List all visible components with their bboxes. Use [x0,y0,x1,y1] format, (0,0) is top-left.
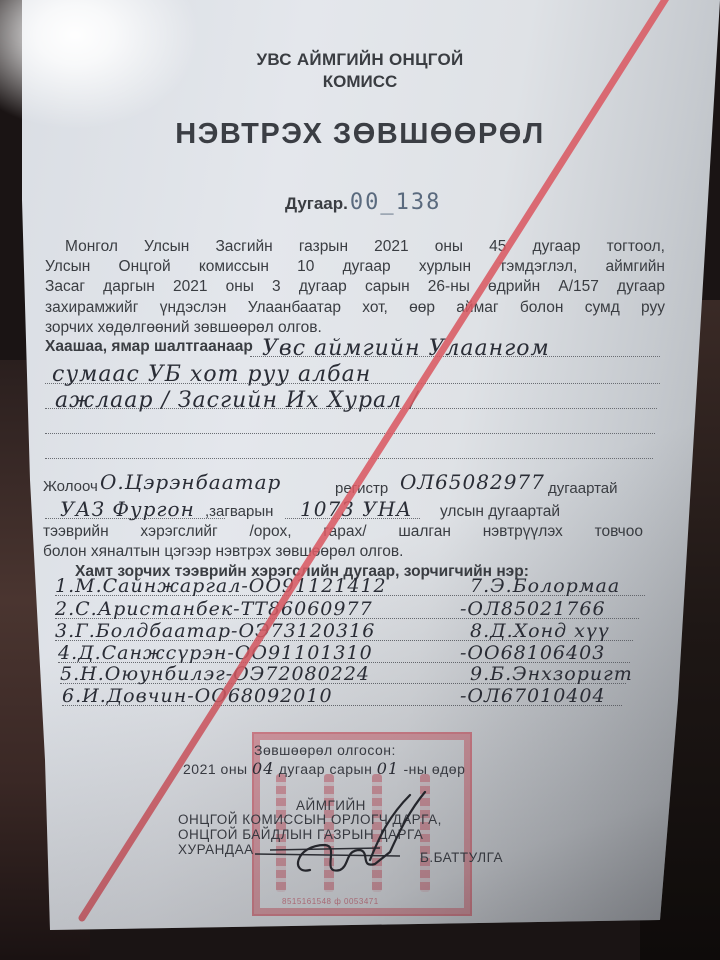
companion-right-handwritten: 9.Б.Энхзоригт [470,663,633,685]
destination-handwritten-2: сумаас УБ хот руу албан [52,362,371,387]
date-day-label: -ны өдөр [404,761,466,777]
plate-suffix: улсын дугаартай [440,503,560,521]
document-title: НЭВТРЭХ ЗӨВШӨӨРӨЛ [0,118,720,151]
date-prefix: 2021 оны [183,761,248,777]
companion-right-handwritten: -ОЛ67010404 [460,685,606,707]
driver-label: Жолооч [43,478,98,495]
vehicle-make-handwritten: УАЗ Фургон [60,497,195,521]
companion-left-handwritten: 1.М.Сайнжаргал-ОО91121412 [55,575,387,597]
companion-right-handwritten: 8.Д.Хонд хүү [470,620,610,642]
destination-handwritten-3: ажлаар / Засгийн Их Хурал / [55,388,419,413]
register-label: регистр [335,480,388,497]
intro-line-2: Улсын Онцгой комиссын 10 дугаар хурлын т… [45,257,665,278]
driver-name-handwritten: О.Цэрэнбаатар [100,470,281,494]
destination-label: Хаашаа, ямар шалтгаанаар [45,338,253,356]
date-month-handwritten: 04 [252,759,274,778]
org-name-line2: КОМИСС [0,72,720,92]
destination-handwritten-1: Увс аймгийн Улаангом [262,336,550,361]
plate-handwritten: 1073 УНА [300,497,412,521]
companion-left-handwritten: 6.И.Довчин-ОО68092010 [62,685,333,707]
dotted-line [45,458,653,459]
dotted-line [45,433,655,434]
intro-line-3: Засаг даргын 2021 оны 3 дугаар сарын 26-… [45,277,665,298]
companion-left-handwritten: 2.С.Аристанбек-ТТ86060977 [55,598,373,620]
numbered-suffix: дугаартай [548,480,618,497]
date-line: 2021 оны 04 дугаар сарын 01 -ны өдөр [183,760,465,778]
intro-line-1: Монгол Улсын Засгийн газрын 2021 оны 45 … [65,237,665,258]
companion-right-handwritten: 7.Э.Болормаа [470,575,620,597]
signature-mark [250,790,450,880]
companion-left-handwritten: 3.Г.Болдбаатар-ОЭ73120316 [55,620,375,642]
signatory-line-4: ХУРАНДАА [178,841,254,858]
date-day-handwritten: 01 [377,759,399,778]
companion-right-handwritten: -ОО68106403 [460,642,605,664]
permit-number: Дугаар.00_138 [285,190,441,215]
permit-serial-number: 00_138 [350,190,441,215]
permission-granted-label: Зөвшөөрөл олгосон: [254,742,396,759]
stamp-number: 8515161548 ф 0053471 [282,897,379,906]
intro-line-4: захирамжийг үндэслэн Улаанбаатар хот, өө… [45,298,665,319]
vehicle-text-line-2: болон хяналтын цэгээр нэвтрэх зөвшөөрөл … [43,542,643,563]
org-name-line1: УВС АЙМГИЙН ОНЦГОЙ [0,50,720,70]
permit-number-label: Дугаар. [285,194,348,213]
model-label: ,загварын [205,503,273,520]
date-month-label: дугаар сарын [279,761,373,777]
companion-right-handwritten: -ОЛ85021766 [460,598,606,620]
register-handwritten: ОЛ65082977 [400,470,545,494]
companion-left-handwritten: 5.Н.Оюунбилэг-ОЭ72080224 [60,663,370,685]
companion-left-handwritten: 4.Д.Санжсүрэн-ОО91101310 [58,642,373,664]
vehicle-text-line-1: тээврийн хэрэгслийг /орох, гарах/ шалган… [43,522,643,543]
